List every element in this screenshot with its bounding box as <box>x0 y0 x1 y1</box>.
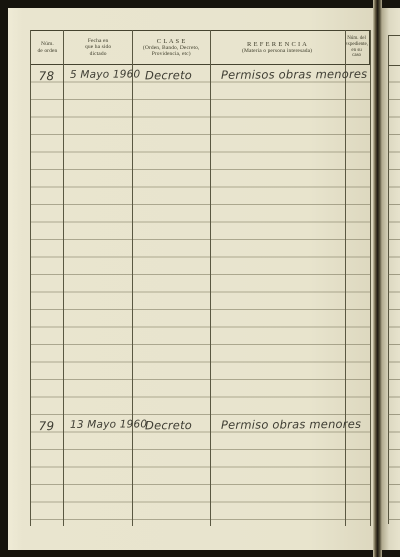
header-num-expediente: Núm. del expediente, en su caso <box>344 31 369 64</box>
header-text: de orden <box>37 48 57 54</box>
header-referencia: R E F E R E N C I A (Materia o persona i… <box>210 31 344 64</box>
header-num-orden: Núm. de orden <box>31 31 64 64</box>
ruled-rows-area <box>30 65 370 520</box>
entry-referencia: Permisos obras menores <box>210 67 367 82</box>
header-text: Providencia, etc) <box>152 51 191 57</box>
table-right-border <box>370 30 371 526</box>
register-entry-row-78: 78 5 Mayo 1960 Decreto Permisos obras me… <box>30 67 370 87</box>
entry-num: 78 <box>30 69 63 83</box>
register-page: Núm. de orden Fecha en que ha sido dicta… <box>8 8 373 550</box>
header-text: caso <box>352 53 361 59</box>
column-divider <box>132 30 133 526</box>
header-text: dictado <box>90 51 107 57</box>
header-clase: C L A S E (Orden, Bando, Decreto, Provid… <box>132 31 210 64</box>
column-divider <box>63 30 64 526</box>
entry-num: 79 <box>30 419 63 433</box>
adjacent-header-line <box>388 35 400 36</box>
book-gutter-shadow <box>373 0 382 557</box>
entry-referencia: Permiso obras menores <box>210 417 367 432</box>
table-header-row: Núm. de orden Fecha en que ha sido dicta… <box>30 30 370 65</box>
entry-clase: Decreto <box>132 418 210 433</box>
header-text: R E F E R E N C I A <box>247 41 307 48</box>
table-left-border <box>30 30 31 526</box>
register-entry-row-79: 79 13 Mayo 1960 Decreto Permiso obras me… <box>30 417 370 437</box>
adjacent-page-edge <box>382 8 400 550</box>
header-text: (Materia o persona interesada) <box>242 48 312 54</box>
header-text: C L A S E <box>157 38 186 45</box>
entry-clase: Decreto <box>132 68 210 83</box>
entry-fecha: 5 Mayo 1960 <box>63 68 132 80</box>
adjacent-ruled-rows <box>388 65 400 520</box>
entry-fecha: 13 Mayo 1960 <box>63 418 132 430</box>
column-divider <box>210 30 211 526</box>
header-fecha: Fecha en que ha sido dictado <box>64 31 133 64</box>
column-divider <box>345 30 346 526</box>
